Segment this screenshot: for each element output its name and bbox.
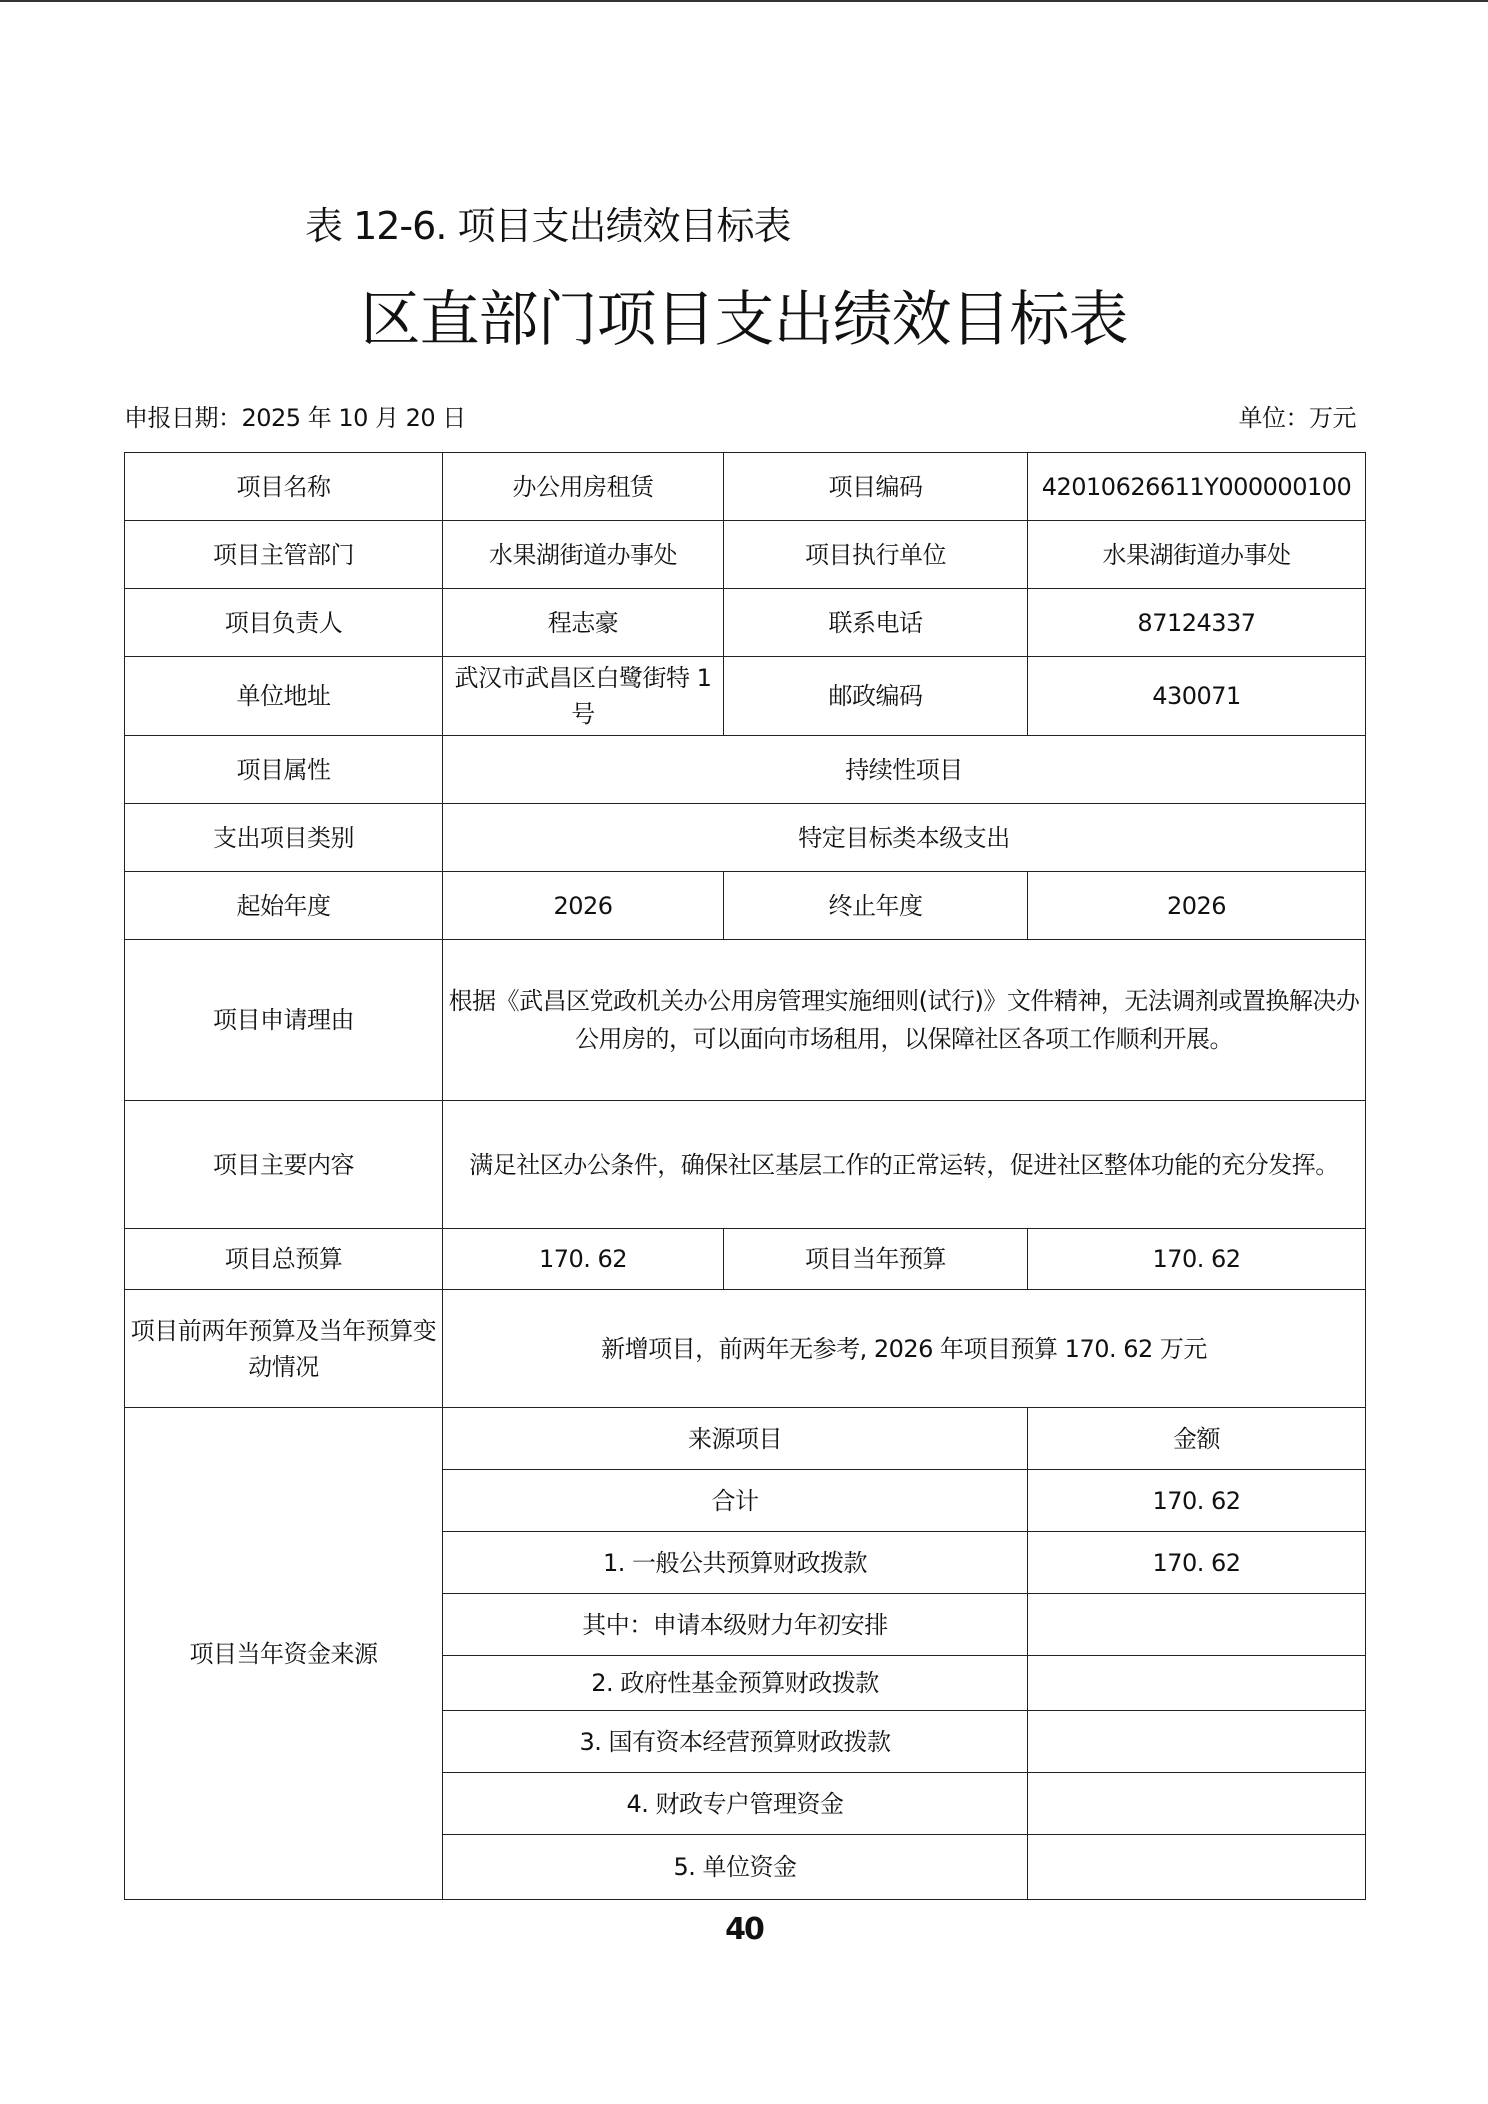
content-value: 满足社区办公条件，确保社区基层工作的正常运转，促进社区整体功能的充分发挥。 [443,1101,1366,1229]
table-row: 项目属性 持续性项目 [125,736,1366,804]
unit-label: 单位：万元 [1239,398,1357,433]
exec-unit-label: 项目执行单位 [724,521,1028,589]
attribute-label: 项目属性 [125,736,443,804]
total-budget-label: 项目总预算 [125,1229,443,1290]
dept-value: 水果湖街道办事处 [443,521,724,589]
funding-amount [1028,1656,1366,1711]
performance-target-table: 项目名称 办公用房租赁 项目编码 42010626611Y000000100 项… [124,452,1366,1900]
total-budget-value: 170. 62 [443,1229,724,1290]
table-row: 项目名称 办公用房租赁 项目编码 42010626611Y000000100 [125,453,1366,521]
table-row: 项目总预算 170. 62 项目当年预算 170. 62 [125,1229,1366,1290]
table-row: 起始年度 2026 终止年度 2026 [125,872,1366,940]
meta-row: 申报日期：2025 年 10 月 20 日 单位：万元 [124,398,1356,433]
exec-unit-value: 水果湖街道办事处 [1028,521,1366,589]
project-name-label: 项目名称 [125,453,443,521]
address-label: 单位地址 [125,657,443,736]
funding-amount [1028,1773,1366,1835]
table-row: 单位地址 武汉市武昌区白鹭街特 1 号 邮政编码 430071 [125,657,1366,736]
table-row: 支出项目类别 特定目标类本级支出 [125,804,1366,872]
table-row: 项目前两年预算及当年预算变动情况 新增项目，前两年无参考, 2026 年项目预算… [125,1290,1366,1408]
page-top-border [0,0,1488,2]
table-row: 项目申请理由 根据《武昌区党政机关办公用房管理实施细则(试行)》文件精神，无法调… [125,940,1366,1101]
table-row: 项目主要内容 满足社区办公条件，确保社区基层工作的正常运转，促进社区整体功能的充… [125,1101,1366,1229]
funding-source: 1. 一般公共预算财政拨款 [443,1532,1028,1594]
budget-change-value: 新增项目，前两年无参考, 2026 年项目预算 170. 62 万元 [443,1290,1366,1408]
funding-amount [1028,1594,1366,1656]
reason-label: 项目申请理由 [125,940,443,1101]
funding-source: 其中：申请本级财力年初安排 [443,1594,1028,1656]
end-year-label: 终止年度 [724,872,1028,940]
table-row: 项目负责人 程志豪 联系电话 87124337 [125,589,1366,657]
project-name-value: 办公用房租赁 [443,453,724,521]
year-budget-value: 170. 62 [1028,1229,1366,1290]
postcode-label: 邮政编码 [724,657,1028,736]
start-year-label: 起始年度 [125,872,443,940]
content-label: 项目主要内容 [125,1101,443,1229]
project-code-value: 42010626611Y000000100 [1028,453,1366,521]
funding-source: 4. 财政专户管理资金 [443,1773,1028,1835]
budget-change-label: 项目前两年预算及当年预算变动情况 [125,1290,443,1408]
project-code-label: 项目编码 [724,453,1028,521]
funding-amount [1028,1835,1366,1900]
manager-label: 项目负责人 [125,589,443,657]
funding-amount: 170. 62 [1028,1532,1366,1594]
funding-amount-header: 金额 [1028,1408,1366,1470]
page-title: 区直部门项目支出绩效目标表 [0,272,1488,358]
category-value: 特定目标类本级支出 [443,804,1366,872]
funding-source: 2. 政府性基金预算财政拨款 [443,1656,1028,1711]
start-year-value: 2026 [443,872,724,940]
attribute-value: 持续性项目 [443,736,1366,804]
phone-label: 联系电话 [724,589,1028,657]
funding-header-row: 项目当年资金来源 来源项目 金额 [125,1408,1366,1470]
funding-label: 项目当年资金来源 [125,1408,443,1900]
report-date: 申报日期：2025 年 10 月 20 日 [124,398,466,433]
funding-source: 5. 单位资金 [443,1835,1028,1900]
end-year-value: 2026 [1028,872,1366,940]
postcode-value: 430071 [1028,657,1366,736]
reason-value: 根据《武昌区党政机关办公用房管理实施细则(试行)》文件精神，无法调剂或置换解决办… [443,940,1366,1101]
funding-amount [1028,1711,1366,1773]
category-label: 支出项目类别 [125,804,443,872]
year-budget-label: 项目当年预算 [724,1229,1028,1290]
table-row: 项目主管部门 水果湖街道办事处 项目执行单位 水果湖街道办事处 [125,521,1366,589]
funding-source-header: 来源项目 [443,1408,1028,1470]
dept-label: 项目主管部门 [125,521,443,589]
manager-value: 程志豪 [443,589,724,657]
phone-value: 87124337 [1028,589,1366,657]
table-caption: 表 12-6. 项目支出绩效目标表 [305,195,790,250]
address-value: 武汉市武昌区白鹭街特 1 号 [443,657,724,736]
funding-source: 3. 国有资本经营预算财政拨款 [443,1711,1028,1773]
funding-amount: 170. 62 [1028,1470,1366,1532]
funding-source: 合计 [443,1470,1028,1532]
page-number: 40 [0,1912,1488,1947]
